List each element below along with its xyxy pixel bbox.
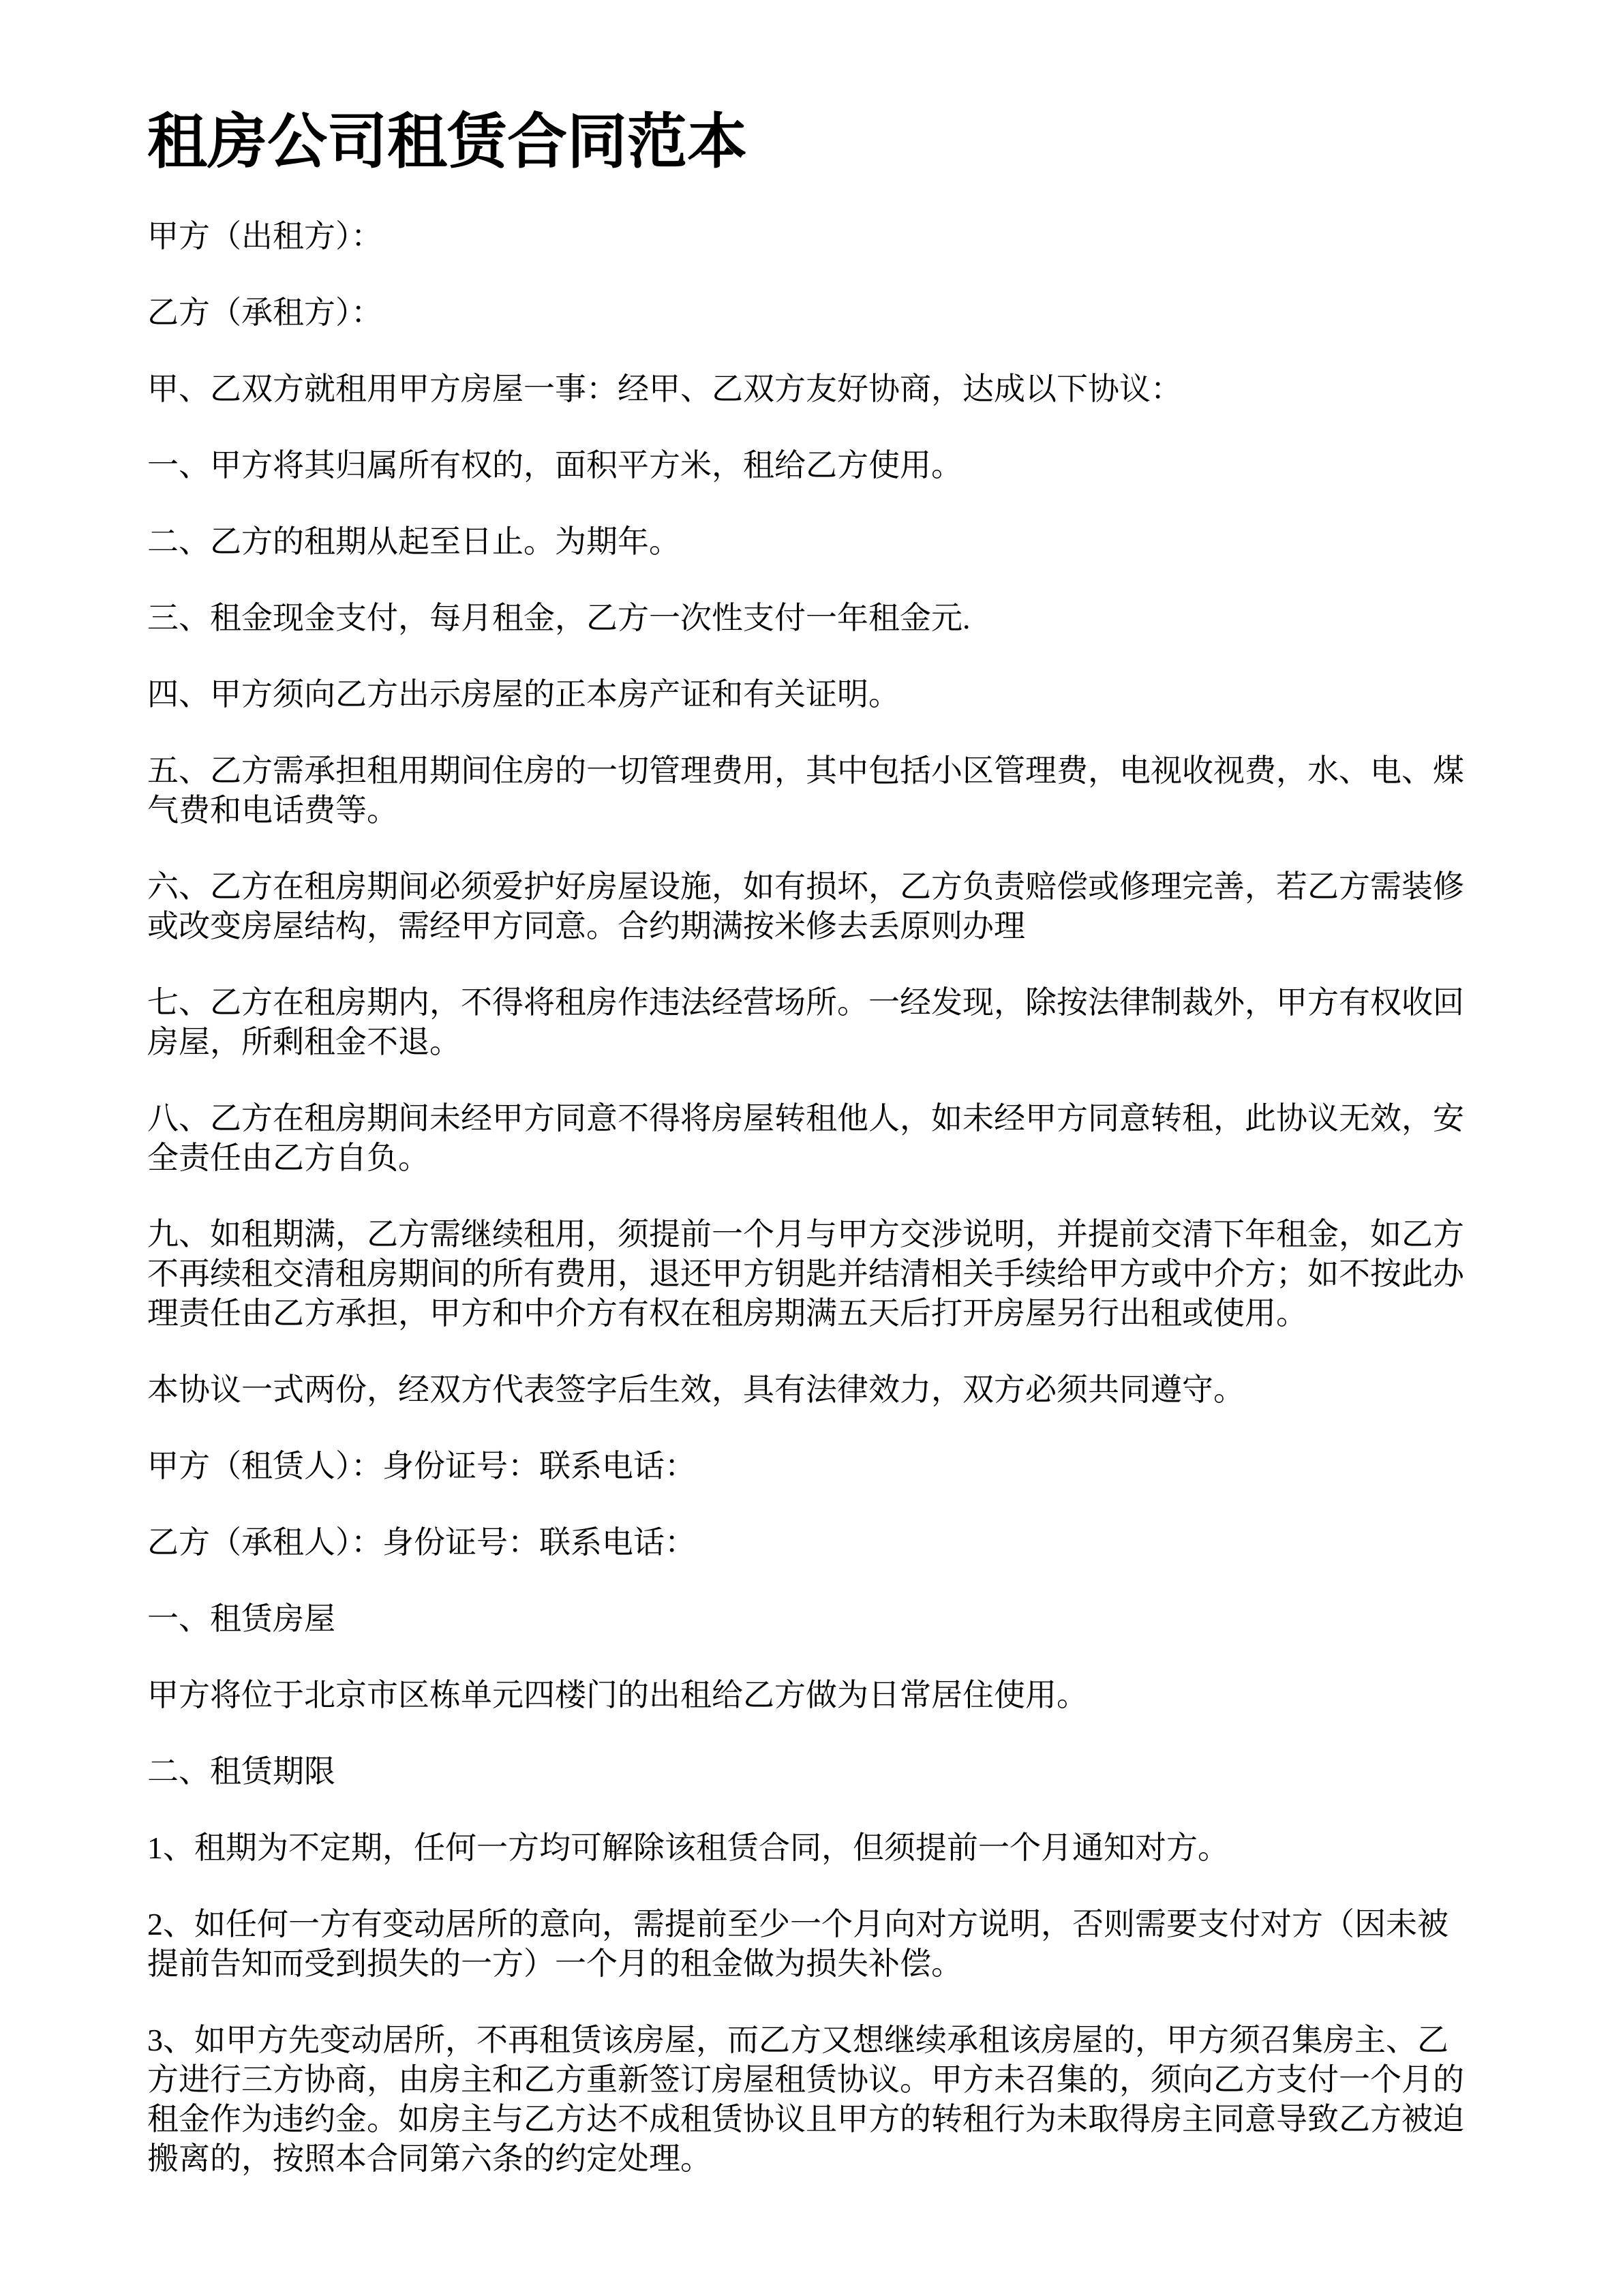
paragraph: 七、乙方在租房期内，不得将租房作违法经营场所。一经发现，除按法律制裁外，甲方有权… bbox=[147, 983, 1476, 1062]
paragraph: 3、如甲方先变动居所，不再租赁该房屋，而乙方又想继续承租该房屋的，甲方须召集房主… bbox=[147, 2021, 1476, 2179]
contract-page: 租房公司租赁合同范本 甲方（出租方）：乙方（承租方）：甲、乙双方就租用甲方房屋一… bbox=[0, 0, 1623, 2296]
paragraph: 一、租赁房屋 bbox=[147, 1599, 1476, 1639]
paragraph: 乙方（承租方）： bbox=[147, 293, 1476, 333]
paragraph: 甲方将位于北京市区栋单元四楼门的出租给乙方做为日常居住使用。 bbox=[147, 1676, 1476, 1715]
paragraph: 六、乙方在租房期间必须爱护好房屋设施，如有损坏，乙方负责赔偿或修理完善，若乙方需… bbox=[147, 867, 1476, 946]
paragraph: 2、如任何一方有变动居所的意向，需提前至少一个月向对方说明，否则需要支付对方（因… bbox=[147, 1905, 1476, 1984]
contract-body: 甲方（出租方）：乙方（承租方）：甲、乙双方就租用甲方房屋一事：经甲、乙双方友好协… bbox=[147, 217, 1476, 2179]
paragraph: 甲方（租赁人）：身份证号：联系电话： bbox=[147, 1447, 1476, 1486]
paragraph: 1、租期为不定期，任何一方均可解除该租赁合同，但须提前一个月通知对方。 bbox=[147, 1828, 1476, 1868]
paragraph: 一、甲方将其归属所有权的，面积平方米，租给乙方使用。 bbox=[147, 446, 1476, 485]
paragraph: 乙方（承租人）：身份证号：联系电话： bbox=[147, 1523, 1476, 1562]
paragraph: 四、甲方须向乙方出示房屋的正本房产证和有关证明。 bbox=[147, 675, 1476, 714]
paragraph: 三、租金现金支付，每月租金，乙方一次性支付一年租金元. bbox=[147, 599, 1476, 638]
paragraph: 五、乙方需承担租用期间住房的一切管理费用，其中包括小区管理费，电视收视费，水、电… bbox=[147, 751, 1476, 830]
paragraph: 二、租赁期限 bbox=[147, 1752, 1476, 1792]
paragraph: 八、乙方在租房期间未经甲方同意不得将房屋转租他人，如未经甲方同意转租，此协议无效… bbox=[147, 1099, 1476, 1178]
document-title: 租房公司租赁合同范本 bbox=[147, 108, 1476, 179]
paragraph: 本协议一式两份，经双方代表签字后生效，具有法律效力，双方必须共同遵守。 bbox=[147, 1370, 1476, 1410]
paragraph: 甲、乙双方就租用甲方房屋一事：经甲、乙双方友好协商，达成以下协议： bbox=[147, 369, 1476, 409]
paragraph: 九、如租期满，乙方需继续租用，须提前一个月与甲方交涉说明，并提前交清下年租金，如… bbox=[147, 1215, 1476, 1333]
paragraph: 甲方（出租方）： bbox=[147, 217, 1476, 256]
paragraph: 二、乙方的租期从起至日止。为期年。 bbox=[147, 522, 1476, 562]
